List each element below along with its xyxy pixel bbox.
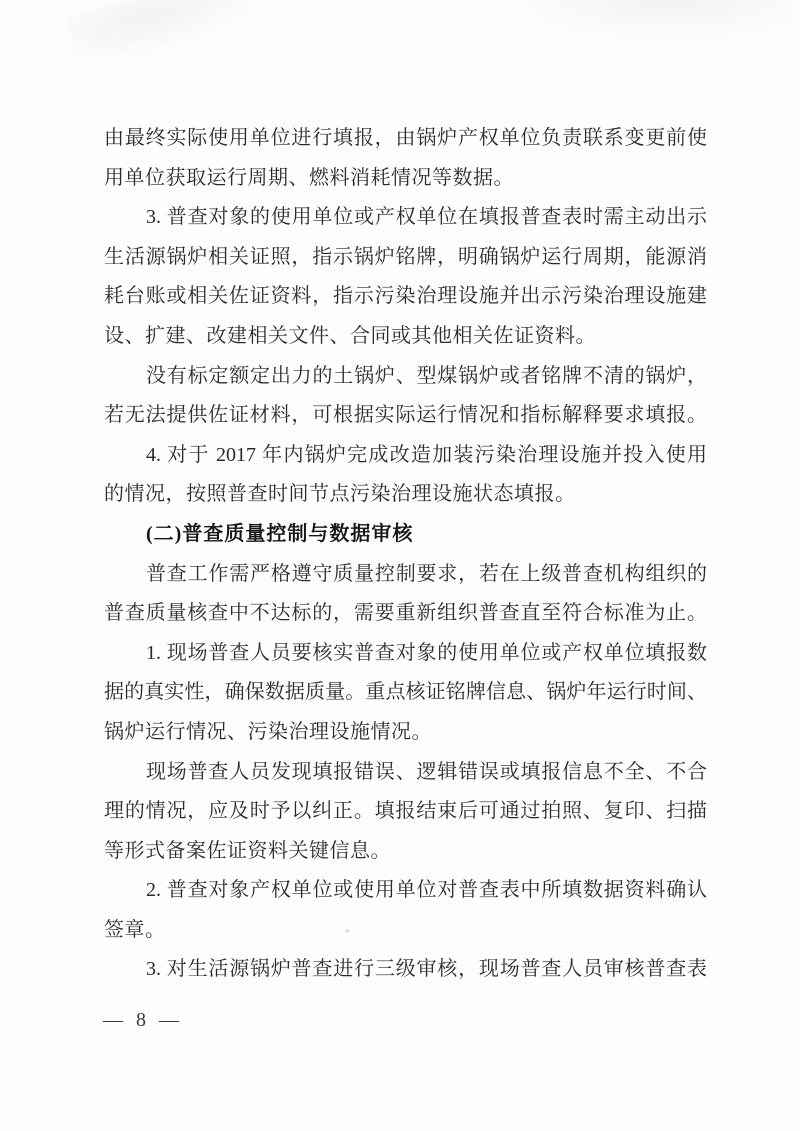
text-line: 若无法提供佐证材料，可根据实际运行情况和指标解释要求填报。 <box>104 396 707 436</box>
text-line: 没有标定额定出力的土锅炉、型煤锅炉或者铭牌不清的锅炉， <box>104 357 707 397</box>
text-line: 普查质量核查中不达标的，需要重新组织普查直至符合标准为止。 <box>104 594 707 634</box>
page-number: — 8 — <box>103 1002 183 1038</box>
text-line: 3. 对生活源锅炉普查进行三级审核，现场普查人员审核普查表 <box>104 950 707 990</box>
text-line: 4. 对于 2017 年内锅炉完成改造加装污染治理设施并投入使用 <box>104 436 707 476</box>
text-line: 据的真实性，确保数据质量。重点核证铭牌信息、锅炉年运行时间、 <box>104 673 707 713</box>
text-line: 现场普查人员发现填报错误、逻辑错误或填报信息不全、不合 <box>104 753 707 793</box>
text-line: 耗台账或相关佐证资料，指示污染治理设施并出示污染治理设施建 <box>104 277 707 317</box>
text-line: 用单位获取运行周期、燃料消耗情况等数据。 <box>104 159 707 199</box>
text-line: 普查工作需严格遵守质量控制要求，若在上级普查机构组织的 <box>104 555 707 595</box>
text-line: 签章。 <box>104 911 707 951</box>
text-line: 2. 普查对象产权单位或使用单位对普查表中所填数据资料确认 <box>104 871 707 911</box>
scan-artifact-top-right <box>520 0 790 40</box>
text-line: 等形式备案佐证资料关键信息。 <box>104 832 707 872</box>
text-line: 设、扩建、改建相关文件、合同或其他相关佐证资料。 <box>104 317 707 357</box>
text-line: 1. 现场普查人员要核实普查对象的使用单位或产权单位填报数 <box>104 634 707 674</box>
section-heading: (二)普查质量控制与数据审核 <box>104 515 707 555</box>
scan-artifact-top-left <box>66 0 273 70</box>
text-line: 由最终实际使用单位进行填报，由锅炉产权单位负责联系变更前使 <box>104 119 707 159</box>
body-text: 由最终实际使用单位进行填报，由锅炉产权单位负责联系变更前使 用单位获取运行周期、… <box>104 119 707 990</box>
text-line: 的情况，按照普查时间节点污染治理设施状态填报。 <box>104 475 707 515</box>
text-line: 生活源锅炉相关证照，指示锅炉铭牌，明确锅炉运行周期，能源消 <box>104 238 707 278</box>
text-line: 理的情况，应及时予以纠正。填报结束后可通过拍照、复印、扫描 <box>104 792 707 832</box>
document-page: 由最终实际使用单位进行填报，由锅炉产权单位负责联系变更前使 用单位获取运行周期、… <box>0 0 800 1131</box>
text-line: 锅炉运行情况、污染治理设施情况。 <box>104 713 707 753</box>
text-line: 3. 普查对象的使用单位或产权单位在填报普查表时需主动出示 <box>104 198 707 238</box>
